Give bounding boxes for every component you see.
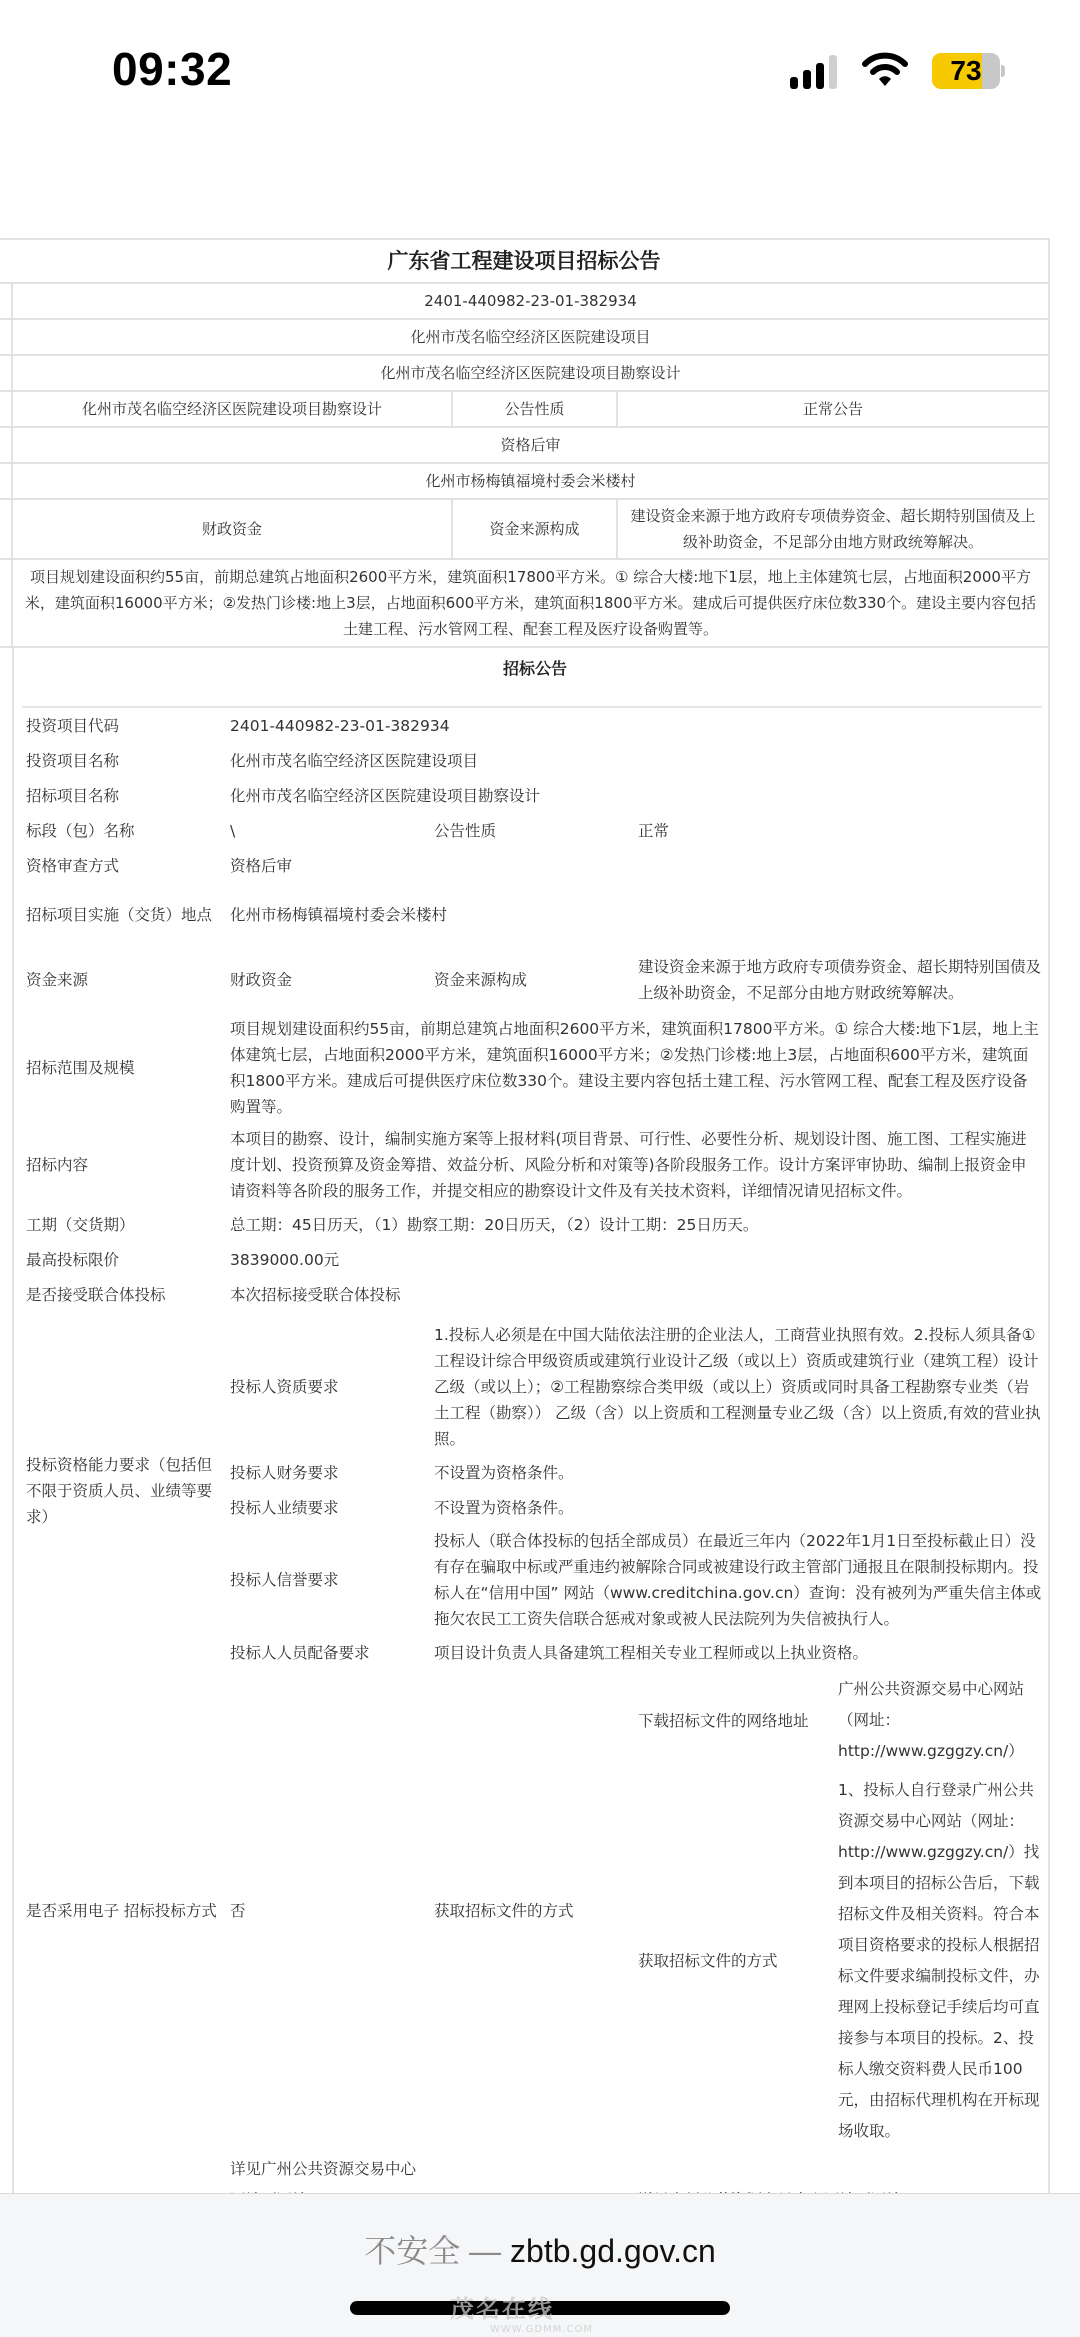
qualification-item-value: 不设置为资格条件。: [430, 1455, 1046, 1490]
summary-table: 广东省工程建设项目招标公告 2401-440982-23-01-382934 化…: [0, 238, 1050, 648]
qualification-item-value: 项目设计负责人具备建筑工程相关专业工程师或以上执业资格。: [430, 1635, 1046, 1670]
announcement-heading: 招标公告: [22, 648, 1048, 688]
content-value: 本项目的勘察、设计，编制实施方案等上报材料(项目背景、可行性、必要性分析、规划设…: [226, 1123, 1046, 1207]
watermark-logo: 茂名在线 WWW.GDMM.COM: [450, 2289, 593, 2335]
tender-name-label: 招标项目名称: [22, 778, 226, 813]
page-title: 广东省工程建设项目招标公告: [0, 239, 1049, 283]
summary-fund-structure-value: 建设资金来源于地方政府专项债券资金、超长期特别国债及上级补助资金，不足部分由地方…: [617, 499, 1049, 559]
table-row: 标段（包）名称 \ 公告性质 正常: [22, 813, 1046, 848]
qualification-item-value: 投标人（联合体投标的包括全部成员）在最近三年内（2022年1月1日至投标截止日）…: [430, 1525, 1046, 1635]
browser-address-bar[interactable]: 不安全 — zbtb.gd.gov.cn 茂名在线 WWW.GDMM.COM: [0, 2193, 1080, 2337]
summary-review-method: 资格后审: [12, 427, 1049, 463]
obtain-method-outer-label: 获取招标文件的方式: [430, 1670, 634, 2151]
announcement-table: 投资项目代码 2401-440982-23-01-382934 投资项目名称 化…: [22, 708, 1046, 2281]
table-row: 招标范围及规模 项目规划建设面积约55亩，前期总建筑占地面积2600平方米，建筑…: [22, 1013, 1046, 1123]
electronic-value: 否: [226, 1670, 430, 2151]
table-row: 投标资格能力要求（包括但不限于资质人员、业绩等要求） 投标人资质要求 1.投标人…: [22, 1312, 1046, 1455]
obtain-method-value: 1、投标人自行登录广州公共资源交易中心网站（网址：http://www.gzgg…: [834, 1771, 1046, 2151]
table-row: 是否采用电子 招标投标方式 否 获取招标文件的方式 下载招标文件的网络地址 广州…: [22, 1670, 1046, 2151]
qualification-item-label: 投标人业绩要求: [226, 1490, 430, 1525]
consortium-value: 本次招标接受联合体投标: [226, 1277, 1046, 1312]
qualification-item-value: 不设置为资格条件。: [430, 1490, 1046, 1525]
section-value: \: [226, 813, 430, 848]
section-label: 标段（包）名称: [22, 813, 226, 848]
funding-structure-label: 资金来源构成: [430, 947, 634, 1013]
summary-nature-label: 公告性质: [452, 391, 617, 427]
battery-percent: 73: [932, 53, 1000, 89]
summary-tender-name: 化州市茂名临空经济区医院建设项目勘察设计: [12, 355, 1049, 391]
funding-label: 资金来源: [22, 947, 226, 1013]
invest-name-value: 化州市茂名临空经济区医院建设项目: [226, 743, 1046, 778]
announcement-section: 招标公告 投资项目代码 2401-440982-23-01-382934 投资项…: [12, 648, 1050, 2281]
summary-section-name: 化州市茂名临空经济区医院建设项目勘察设计: [12, 391, 452, 427]
invest-code-value: 2401-440982-23-01-382934: [226, 708, 1046, 743]
qualification-item-value: 1.投标人必须是在中国大陆依法注册的企业法人，工商营业执照有效。2.投标人须具备…: [430, 1312, 1046, 1455]
table-row: 资金来源 财政资金 资金来源构成 建设资金来源于地方政府专项债券资金、超长期特别…: [22, 947, 1046, 1013]
funding-structure-value: 建设资金来源于地方政府专项债券资金、超长期特别国债及上级补助资金，不足部分由地方…: [634, 947, 1046, 1013]
consortium-label: 是否接受联合体投标: [22, 1277, 226, 1312]
table-row: 投资项目代码 2401-440982-23-01-382934: [22, 708, 1046, 743]
summary-fund-structure-label: 资金来源构成: [452, 499, 617, 559]
status-time: 09:32: [112, 42, 232, 96]
invest-name-label: 投资项目名称: [22, 743, 226, 778]
max-price-value: 3839000.00元: [226, 1242, 1046, 1277]
location-value: 化州市杨梅镇福境村委会米楼村: [226, 883, 1046, 947]
table-row: 资格审查方式 资格后审: [22, 848, 1046, 883]
funding-value: 财政资金: [226, 947, 430, 1013]
page-content: 广东省工程建设项目招标公告 2401-440982-23-01-382934 化…: [0, 238, 1050, 2281]
summary-nature-value: 正常公告: [617, 391, 1049, 427]
tender-name-value: 化州市茂名临空经济区医院建设项目勘察设计: [226, 778, 1046, 813]
qualification-item-label: 投标人资质要求: [226, 1312, 430, 1455]
qualification-label: 投标资格能力要求（包括但不限于资质人员、业绩等要求）: [22, 1312, 226, 1670]
section-nature-value: 正常: [634, 813, 1046, 848]
table-row: 工期（交货期） 总工期：45日历天，（1）勘察工期：20日历天，（2）设计工期：…: [22, 1207, 1046, 1242]
summary-project-name: 化州市茂名临空经济区医院建设项目: [12, 319, 1049, 355]
download-url-value[interactable]: 广州公共资源交易中心网站（网址：http://www.gzggzy.cn/）: [834, 1670, 1046, 1771]
summary-fund-source: 财政资金: [12, 499, 452, 559]
max-price-label: 最高投标限价: [22, 1242, 226, 1277]
table-row: 最高投标限价 3839000.00元: [22, 1242, 1046, 1277]
electronic-label: 是否采用电子 招标投标方式: [22, 1670, 226, 2151]
qualification-item-label: 投标人财务要求: [226, 1455, 430, 1490]
signal-icon: [790, 55, 838, 89]
watermark-url: WWW.GDMM.COM: [490, 2324, 593, 2335]
watermark-text: 茂名在线: [450, 2295, 554, 2323]
table-row: 招标内容 本项目的勘察、设计，编制实施方案等上报材料(项目背景、可行性、必要性分…: [22, 1123, 1046, 1207]
summary-scale-description: 项目规划建设面积约55亩，前期总建筑占地面积2600平方米，建筑面积17800平…: [12, 559, 1049, 647]
wifi-icon: [862, 52, 908, 88]
content-label: 招标内容: [22, 1123, 226, 1207]
table-row: 招标项目实施（交货）地点 化州市杨梅镇福境村委会米楼村: [22, 883, 1046, 947]
qualification-item-label: 投标人信誉要求: [226, 1525, 430, 1635]
invest-code-label: 投资项目代码: [22, 708, 226, 743]
obtain-method-label: 获取招标文件的方式: [634, 1771, 834, 2151]
qualification-item-label: 投标人人员配备要求: [226, 1635, 430, 1670]
url-display[interactable]: 不安全 — zbtb.gd.gov.cn: [0, 2226, 1080, 2272]
scope-value: 项目规划建设面积约55亩，前期总建筑占地面积2600平方米，建筑面积17800平…: [226, 1013, 1046, 1123]
review-label: 资格审查方式: [22, 848, 226, 883]
location-label: 招标项目实施（交货）地点: [22, 883, 226, 947]
period-value: 总工期：45日历天，（1）勘察工期：20日历天，（2）设计工期：25日历天。: [226, 1207, 1046, 1242]
url-host: zbtb.gd.gov.cn: [510, 2233, 716, 2269]
battery-icon: 73: [932, 53, 1004, 89]
table-row: 是否接受联合体投标 本次招标接受联合体投标: [22, 1277, 1046, 1312]
section-nature-label: 公告性质: [430, 813, 634, 848]
summary-location: 化州市杨梅镇福境村委会米楼村: [12, 463, 1049, 499]
review-value: 资格后审: [226, 848, 1046, 883]
obtain-method-subtable: 下载招标文件的网络地址 广州公共资源交易中心网站（网址：http://www.g…: [634, 1670, 1046, 2151]
insecure-label: 不安全 —: [364, 2233, 501, 2269]
scope-label: 招标范围及规模: [22, 1013, 226, 1123]
period-label: 工期（交货期）: [22, 1207, 226, 1242]
summary-project-code: 2401-440982-23-01-382934: [12, 283, 1049, 319]
table-row: 招标项目名称 化州市茂名临空经济区医院建设项目勘察设计: [22, 778, 1046, 813]
status-bar: 09:32 73: [0, 0, 1080, 140]
download-url-label: 下载招标文件的网络地址: [634, 1670, 834, 1771]
table-row: 投资项目名称 化州市茂名临空经济区医院建设项目: [22, 743, 1046, 778]
